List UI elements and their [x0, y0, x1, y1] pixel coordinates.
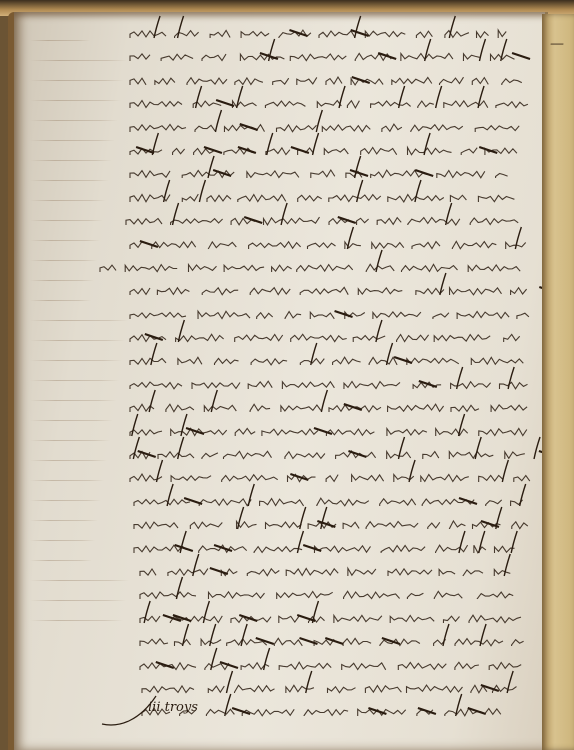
bleed-through-line: [30, 340, 125, 341]
bleed-through-line: [30, 400, 116, 401]
bleed-through-line: [30, 180, 109, 181]
handwritten-line: [130, 537, 536, 560]
handwritten-line: [130, 607, 536, 630]
bleed-through-line: [30, 300, 91, 301]
handwritten-line: [130, 326, 536, 349]
handwritten-line: [130, 139, 536, 162]
handwritten-line: [130, 162, 536, 185]
handwritten-line: [130, 233, 536, 256]
handwritten-line: [130, 279, 536, 302]
handwritten-line: [130, 256, 536, 279]
handwritten-line: [130, 373, 536, 396]
handwritten-line: [130, 443, 536, 466]
handwritten-line: [130, 22, 536, 45]
bleed-through-line: [30, 360, 122, 361]
handwritten-line: [130, 513, 536, 536]
bleed-through-line: [30, 120, 118, 121]
bleed-through-line: [30, 620, 123, 621]
handwritten-line: [130, 209, 536, 232]
handwritten-line: [130, 677, 536, 700]
bleed-through-line: [30, 580, 129, 581]
bleed-through-line: [30, 60, 127, 61]
bleed-through-line: [30, 200, 106, 201]
handwritten-line: [130, 349, 536, 372]
manuscript-photo: iii troys —: [0, 0, 574, 750]
bleed-through-line: [30, 100, 121, 101]
bleed-through-line: [30, 240, 100, 241]
bleed-through-line: [30, 600, 126, 601]
bleed-through-line: [30, 280, 94, 281]
bleed-through-line: [30, 140, 115, 141]
handwritten-line: [130, 583, 536, 606]
bleed-through-line: [30, 420, 113, 421]
bleed-through-line: [30, 480, 104, 481]
bleed-through-line: [30, 260, 97, 261]
bleed-through-line: [30, 520, 98, 521]
handwritten-line: [130, 420, 536, 443]
handwritten-line: [130, 490, 536, 513]
margin-bleed-through: [30, 40, 130, 660]
handwritten-line: [130, 654, 536, 677]
handwritten-line: [130, 92, 536, 115]
facing-page-mark: —: [550, 36, 564, 52]
closing-mark: iii troys: [148, 700, 198, 715]
bleed-through-line: [30, 440, 110, 441]
bleed-through-line: [30, 540, 95, 541]
handwritten-line: [130, 69, 536, 92]
handwritten-line: [130, 116, 536, 139]
bleed-through-line: [30, 380, 119, 381]
handwritten-line: [130, 560, 536, 583]
bleed-through-line: [30, 560, 92, 561]
bleed-through-line: [30, 80, 124, 81]
facing-page: —: [542, 14, 574, 750]
bleed-through-line: [30, 160, 112, 161]
handwritten-line: [130, 466, 536, 489]
handwritten-text-block: [130, 22, 536, 724]
bleed-through-line: [30, 460, 107, 461]
bleed-through-line: [30, 40, 90, 41]
handwritten-line: [130, 303, 536, 326]
bleed-through-line: [30, 220, 103, 221]
handwritten-line: [130, 186, 536, 209]
handwritten-line: [130, 45, 536, 68]
handwritten-line: [130, 396, 536, 419]
handwritten-line: [130, 630, 536, 653]
bleed-through-line: [30, 500, 101, 501]
bleed-through-line: [30, 320, 128, 321]
